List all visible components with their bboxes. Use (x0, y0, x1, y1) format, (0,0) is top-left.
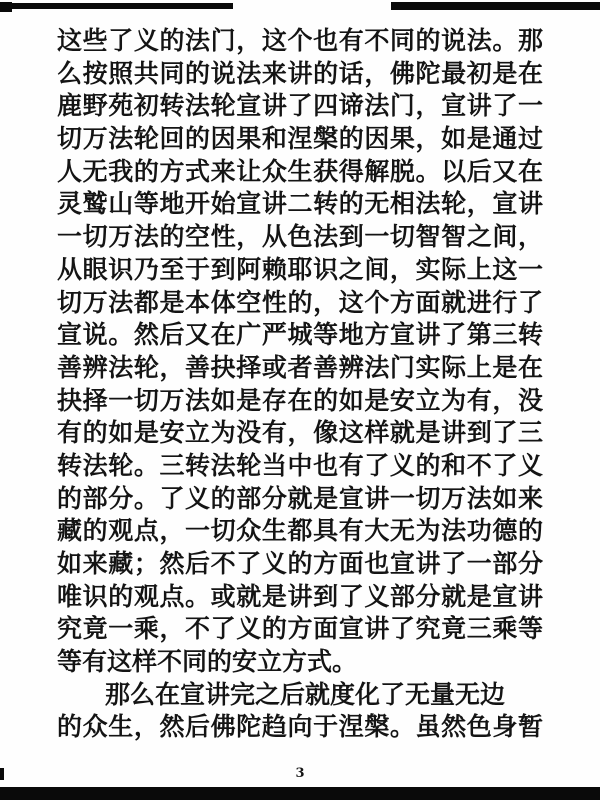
text-line: 宣说。然后又在广严城等地方宣讲了第三转 (57, 319, 543, 352)
text-line: 鹿野苑初转法轮宣讲了四谛法门，宣讲了一 (57, 90, 543, 123)
text-line: 等有这样不同的安立方式。 (57, 646, 543, 679)
text-line: 一切万法的空性，从色法到一切智智之间， (57, 221, 543, 254)
text-line: 的众生，然后佛陀趋向于涅槃。虽然色身暂 (57, 711, 543, 744)
text-line: 切万法轮回的因果和涅槃的因果，如是通过 (57, 123, 543, 156)
text-line: 抉择一切万法如是存在的如是安立为有，没 (57, 385, 543, 418)
text-line: 善辨法轮，善抉择或者善辨法门实际上是在 (57, 352, 543, 385)
text-line: 究竟一乘，不了义的方面宣讲了究竟三乘等 (57, 613, 543, 646)
text-line: 有的如是安立为没有，像这样就是讲到了三 (57, 417, 543, 450)
text-line: 人无我的方式来让众生获得解脱。以后又在 (57, 156, 543, 189)
text-line: 转法轮。三转法轮当中也有了义的和不了义 (57, 450, 543, 483)
body-text: 这些了义的法门，这个也有不同的说法。那么按照共同的说法来讲的话，佛陀最初是在鹿野… (57, 25, 543, 744)
text-line: 切万法都是本体空性的，这个方面就进行了 (57, 287, 543, 320)
text-line: 那么在宣讲完之后就度化了无量无边 (57, 679, 543, 712)
text-line: 灵鹫山等地开始宣讲二转的无相法轮，宣讲 (57, 188, 543, 221)
scan-artifact-bottom-bar (0, 787, 600, 800)
scan-artifact-top-right-bar (391, 2, 600, 10)
text-line: 唯识的观点。或就是讲到了义部分就是宣讲 (57, 581, 543, 614)
text-line: 的部分。了义的部分就是宣讲一切万法如来 (57, 483, 543, 516)
text-line: 么按照共同的说法来讲的话，佛陀最初是在 (57, 58, 543, 91)
text-line: 从眼识乃至于到阿赖耶识之间，实际上这一 (57, 254, 543, 287)
scanned-page: 这些了义的法门，这个也有不同的说法。那么按照共同的说法来讲的话，佛陀最初是在鹿野… (0, 0, 600, 800)
text-line: 这些了义的法门，这个也有不同的说法。那 (57, 25, 543, 58)
page-number: 3 (0, 766, 600, 781)
text-line: 藏的观点，一切众生都具有大无为法功德的 (57, 515, 543, 548)
text-line: 如来藏；然后不了义的方面也宣讲了一部分 (57, 548, 543, 581)
scan-artifact-top-left-bar (0, 3, 233, 9)
